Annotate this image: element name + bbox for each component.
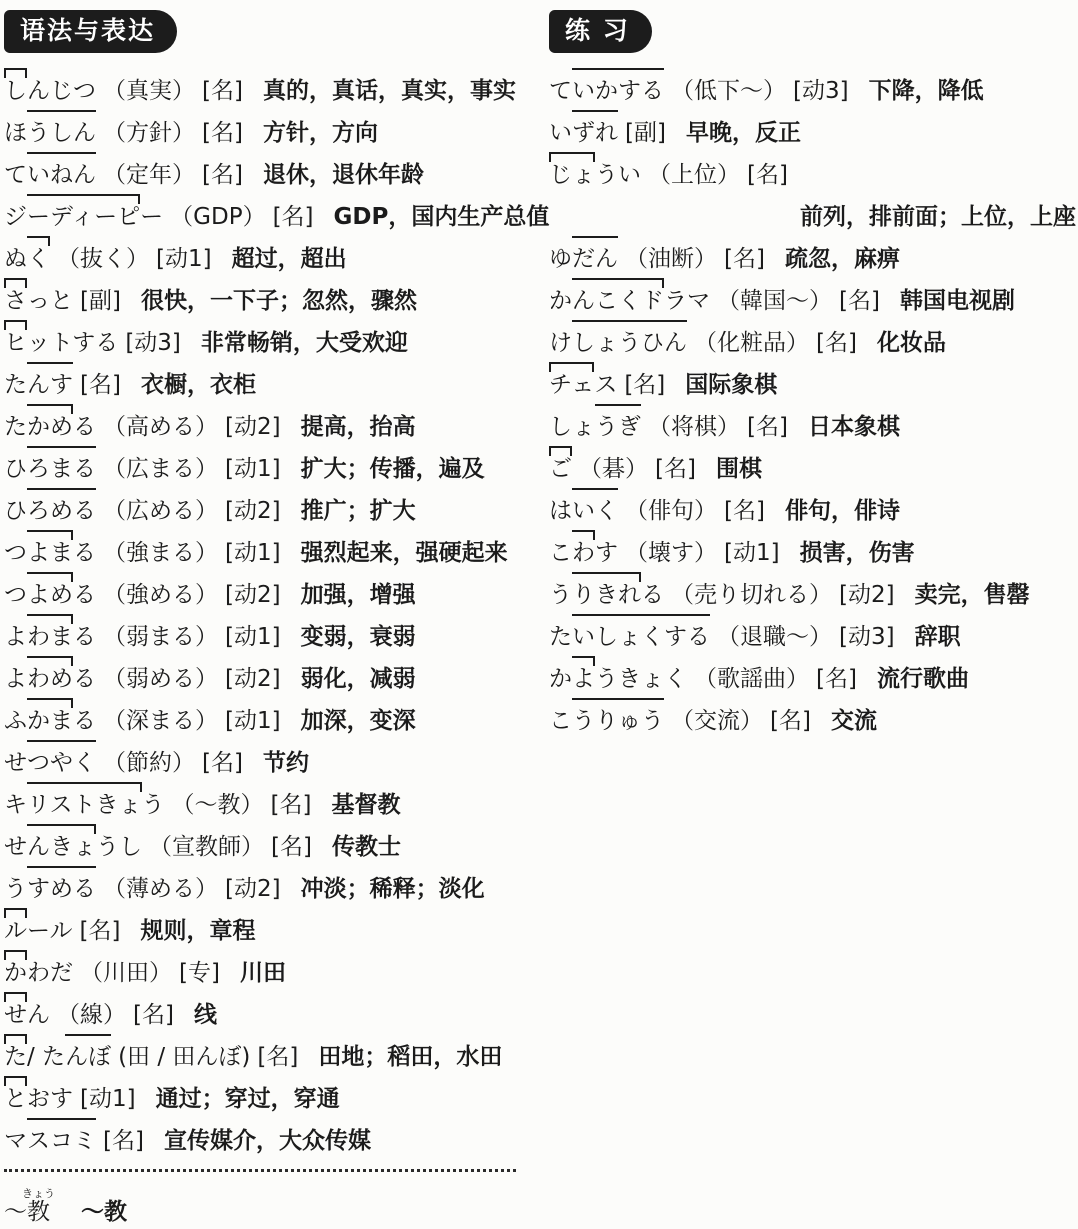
part-of-speech-tag: [动3] <box>839 618 895 651</box>
pitch-accent-segment: よ <box>572 660 595 693</box>
vocab-entry: ルール[名]规则，章程 <box>4 907 544 949</box>
part-of-speech-tag: [名] <box>202 72 243 105</box>
kanji-notation: （化粧品） <box>694 324 809 357</box>
part-of-speech-tag: [名] <box>103 1122 144 1155</box>
kanji-notation: （俳句） <box>625 492 717 525</box>
part-of-speech-tag: [名] <box>202 156 243 189</box>
chinese-translation: 变弱，衰弱 <box>301 618 416 651</box>
chinese-translation: 损害，伤害 <box>800 534 915 567</box>
part-of-speech-tag: [动1] <box>225 450 281 483</box>
vocab-entry: うりきれる（売り切れる）[动2]卖完，售罄 <box>549 571 1078 613</box>
vocab-entry: つよまる（強まる）[动1]强烈起来，强硬起来 <box>4 529 544 571</box>
chinese-translation: 真的，真话，真实，事实 <box>263 72 516 105</box>
chinese-translation: 韩国电视剧 <box>900 282 1015 315</box>
vocab-entry: ゆだん（油断）[名]疏忽，麻痹 <box>549 235 1078 277</box>
pitch-accent-segment: ットする <box>27 324 118 357</box>
kanji-notation: （強まる） <box>103 534 218 567</box>
pitch-accent-segment: うい <box>595 156 641 189</box>
kanji-notation: （〜教） <box>172 786 264 819</box>
part-of-speech-tag: [动3] <box>125 324 181 357</box>
part-of-speech-tag: [名] <box>839 282 880 315</box>
chinese-translation: 卖完，售罄 <box>915 576 1030 609</box>
part-of-speech-tag: [动1] <box>724 534 780 567</box>
chinese-translation: 规则，章程 <box>141 912 256 945</box>
vocab-entry: ぬく（抜く）[动1]超过，超出 <box>4 235 544 277</box>
part-of-speech-tag: [名] <box>271 786 312 819</box>
japanese-word: たかめる <box>4 408 96 441</box>
pitch-accent-segment: さ <box>4 282 27 315</box>
vocab-entry: しょうぎ（将棋）[名]日本象棋 <box>549 403 1078 445</box>
chinese-translation: 川田 <box>240 954 286 987</box>
japanese-word: キリストきょう <box>4 786 165 819</box>
vocab-entry: ふかまる（深まる）[动1]加深，变深 <box>4 697 544 739</box>
pitch-accent-segment: ラマ <box>664 282 710 315</box>
part-of-speech-tag: [动1] <box>225 702 281 735</box>
pitch-accent-segment: つ <box>4 534 27 567</box>
vocab-entry: せつやく（節約）[名]节约 <box>4 739 544 781</box>
vocab-entry: いずれ[副]早晚，反正 <box>549 109 1078 151</box>
japanese-word: ていかする <box>549 72 664 105</box>
pitch-accent-segment: おす <box>27 1080 73 1113</box>
japanese-word: こうりゅう <box>549 702 664 735</box>
vocab-entry: つよめる（強める）[动2]加强，增强 <box>4 571 544 613</box>
pitch-accent-segment: ス <box>594 366 617 399</box>
kanji-notation: （線） <box>57 996 126 1029</box>
japanese-word: はいく <box>549 492 618 525</box>
japanese-word: せんきょうし <box>4 828 142 861</box>
vocab-entry: たんす[名]衣橱，衣柜 <box>4 361 544 403</box>
japanese-word: たいしょくする <box>549 618 710 651</box>
pitch-accent-segment: リストきょ <box>27 786 142 819</box>
part-of-speech-tag: [名] <box>257 1038 298 1071</box>
vocab-entry: さっと[副]很快，一下子；忽然，骤然 <box>4 277 544 319</box>
section-badge-grammar: 语法与表达 <box>4 10 177 53</box>
pitch-accent-segment: わ <box>572 534 595 567</box>
part-of-speech-tag: [名] <box>271 828 312 861</box>
pitch-accent-segment: っと <box>27 282 73 315</box>
part-of-speech-tag: [副] <box>80 282 121 315</box>
pitch-accent-segment: う <box>4 870 27 903</box>
part-of-speech-tag: [名] <box>80 366 121 399</box>
part-of-speech-tag: [专] <box>179 954 220 987</box>
japanese-word: せん <box>4 996 50 1029</box>
pitch-accent-segment: んぼ <box>65 1038 111 1071</box>
pitch-accent-segment: つやく <box>27 744 96 777</box>
part-of-speech-tag: [动3] <box>793 72 849 105</box>
japanese-word: ルール <box>4 912 73 945</box>
japanese-word: ヒットする <box>4 324 118 357</box>
japanese-word: た / たんぼ <box>4 1038 111 1071</box>
pitch-accent-segment: うきょく <box>595 660 687 693</box>
chinese-translation: 衣橱，衣柜 <box>141 366 256 399</box>
japanese-word: かわだ <box>4 954 73 987</box>
chinese-translation: 俳句，俳诗 <box>785 492 900 525</box>
chinese-translation: 辞职 <box>915 618 961 651</box>
vocab-entry: せんきょうし（宣教師）[名]传教士 <box>4 823 544 865</box>
japanese-word: よわめる <box>4 660 96 693</box>
japanese-word: たんす <box>4 366 73 399</box>
pitch-accent-segment: る <box>641 576 664 609</box>
kanji-notation: （方針） <box>103 114 195 147</box>
part-of-speech-tag: [名] <box>202 114 243 147</box>
pitch-accent-segment: ル <box>4 912 27 945</box>
pitch-accent-segment: て <box>4 156 27 189</box>
part-of-speech-tag: [动2] <box>225 492 281 525</box>
japanese-word: ジーディーピー <box>4 198 163 231</box>
japanese-word: つよまる <box>4 534 96 567</box>
pitch-accent-segment: だん <box>572 240 618 273</box>
vocab-entry: よわまる（弱まる）[动1]变弱，衰弱 <box>4 613 544 655</box>
vocab-entry: ひろめる（広める）[动2]推广；扩大 <box>4 487 544 529</box>
grammar-expression-column: 语法与表达 しんじつ（真実）[名]真的，真话，真实，事实ほうしん（方針）[名]方… <box>4 10 544 1229</box>
kanji-notation: （歌謡曲） <box>694 660 809 693</box>
pitch-accent-segment: く <box>27 240 50 273</box>
chinese-translation: 非常畅销，大受欢迎 <box>201 324 408 357</box>
part-of-speech-tag: [动2] <box>225 660 281 693</box>
kanji-notation: （退職〜） <box>717 618 832 651</box>
pitch-accent-segment: ほ <box>4 114 27 147</box>
part-of-speech-tag: [动1] <box>156 240 212 273</box>
vocab-entry: けしょうひん（化粧品）[名]化妆品 <box>549 319 1078 361</box>
pitch-accent-segment: よま <box>27 534 73 567</box>
chinese-translation: 早晚，反正 <box>686 114 801 147</box>
vocab-entry: ジーディーピー（GDP）[名]GDP，国内生产总值 <box>4 193 544 235</box>
kanji-notation: （弱める） <box>103 660 218 693</box>
part-of-speech-tag: [名] <box>624 366 665 399</box>
pitch-accent-segment: わめ <box>27 660 73 693</box>
chinese-translation: 线 <box>194 996 217 1029</box>
pitch-accent-segment: せ <box>4 996 27 1029</box>
chinese-translation: 节约 <box>263 744 309 777</box>
pitch-accent-segment: る <box>73 702 96 735</box>
chinese-translation: 退休，退休年龄 <box>263 156 424 189</box>
pitch-accent-segment: よめ <box>27 576 73 609</box>
vocab-entry: ご（碁）[名]围棋 <box>549 445 1078 487</box>
pitch-accent-segment: ろめる <box>27 492 96 525</box>
pitch-accent-segment: る <box>73 618 96 651</box>
part-of-speech-tag: [名] <box>816 324 857 357</box>
pitch-accent-segment: ひ <box>4 450 27 483</box>
part-of-speech-tag: [名] <box>273 198 314 231</box>
kanji-notation: （節約） <box>103 744 195 777</box>
vocab-entry: ヒットする[动3]非常畅销，大受欢迎 <box>4 319 544 361</box>
vocab-entry: かんこくドラマ（韓国〜）[名]韩国电视剧 <box>549 277 1078 319</box>
pitch-accent-segment: う <box>142 786 165 819</box>
kanji-notation: （広まる） <box>103 450 218 483</box>
part-of-speech-tag: [名] <box>655 450 696 483</box>
kanji-notation: （碁） <box>579 450 648 483</box>
japanese-word: うりきれる <box>549 576 664 609</box>
pitch-accent-segment: りきれ <box>572 576 641 609</box>
japanese-word: しんじつ <box>4 72 96 105</box>
pitch-accent-segment: し <box>4 72 27 105</box>
kanji-notation: （抜く） <box>57 240 149 273</box>
pitch-accent-segment: チェ <box>549 366 594 399</box>
vocab-entry: よわめる（弱める）[动2]弱化，减弱 <box>4 655 544 697</box>
chinese-translation: 冲淡；稀释；淡化 <box>301 870 485 903</box>
chinese-translation: 扩大；传播，遍及 <box>301 450 485 483</box>
vocab-entry: キリストきょう（〜教）[名]基督教 <box>4 781 544 823</box>
pitch-accent-segment: うぎ <box>595 408 641 441</box>
chinese-translation: 传教士 <box>332 828 401 861</box>
pitch-accent-segment: わま <box>27 618 73 651</box>
chinese-translation: 弱化，减弱 <box>301 660 416 693</box>
japanese-word: マスコミ <box>4 1122 96 1155</box>
japanese-word: よわまる <box>4 618 96 651</box>
pitch-accent-segment: んじつ <box>27 72 96 105</box>
pitch-accent-segment: よ <box>4 618 27 651</box>
pitch-accent-segment: か <box>549 282 572 315</box>
part-of-speech-tag: [名] <box>747 408 788 441</box>
pitch-accent-segment: た <box>4 408 27 441</box>
japanese-word: ゆだん <box>549 240 618 273</box>
chinese-translation: 基督教 <box>332 786 401 819</box>
pitch-accent-segment: う <box>549 576 572 609</box>
kanji-notation: （上位） <box>648 156 740 189</box>
pitch-accent-segment: こ <box>549 534 572 567</box>
pitch-accent-segment: うし <box>96 828 142 861</box>
vocab-entry: チェス[名]国际象棋 <box>549 361 1078 403</box>
part-of-speech-tag: [动2] <box>225 576 281 609</box>
kanji-notation: （深まる） <box>103 702 218 735</box>
pitch-accent-segment: いねん <box>27 156 96 189</box>
kanji-notation: （宣教師） <box>149 828 264 861</box>
pitch-accent-segment: うしん <box>27 114 96 147</box>
part-of-speech-tag: [名] <box>202 744 243 777</box>
pitch-accent-segment: じょ <box>549 156 595 189</box>
kanji-notation: （強める） <box>103 576 218 609</box>
japanese-word: ていねん <box>4 156 96 189</box>
pitch-accent-segment: た <box>549 618 572 651</box>
kanji-notation: （将棋） <box>648 408 740 441</box>
chinese-translation: GDP，国内生产总值 <box>334 198 550 231</box>
japanese-word: とおす <box>4 1080 73 1113</box>
japanese-word: ほうしん <box>4 114 96 147</box>
kanji-with-furigana: 教きょう <box>27 1199 55 1225</box>
footnote-kanji: 教 <box>22 1199 55 1225</box>
pitch-accent-segment: わだ <box>27 954 73 987</box>
pitch-accent-segment: ジ <box>4 198 27 231</box>
pitch-accent-segment: ー <box>140 198 163 231</box>
japanese-word: じょうい <box>549 156 641 189</box>
chinese-translation: 提高，抬高 <box>301 408 416 441</box>
vocab-entry: せん（線）[名]线 <box>4 991 544 1033</box>
pitch-accent-segment: せ <box>4 744 27 777</box>
part-of-speech-tag: [动2] <box>839 576 895 609</box>
pitch-accent-segment: ーディーピ <box>27 198 140 231</box>
pitch-accent-segment: か <box>549 660 572 693</box>
textbook-page: 语法与表达 しんじつ（真実）[名]真的，真话，真实，事实ほうしん（方針）[名]方… <box>0 0 1078 1229</box>
vocab-entry-continuation: 前列，排前面；上位，上座 <box>549 193 1078 235</box>
pitch-accent-segment: る <box>73 660 96 693</box>
vocab-entry: たいしょくする（退職〜）[动3]辞职 <box>549 613 1078 655</box>
pitch-accent-segment: た <box>4 366 27 399</box>
pitch-accent-segment: うりゅう <box>572 702 664 735</box>
chinese-translation: 围棋 <box>716 450 762 483</box>
pitch-accent-segment: ん <box>27 996 50 1029</box>
pitch-accent-segment: ろまる <box>27 450 96 483</box>
vocab-entry: ひろまる（広まる）[动1]扩大；传播，遍及 <box>4 445 544 487</box>
footnote: 〜教きょう 〜教 <box>4 1174 544 1229</box>
pitch-accent-segment: キ <box>4 786 27 819</box>
vocab-entry: た / たんぼ(田 / 田んぼ)[名]田地；稻田，水田 <box>4 1033 544 1075</box>
pitch-accent-segment: い <box>549 114 572 147</box>
chinese-translation: 推广；扩大 <box>301 492 416 525</box>
kanji-notation: （GDP） <box>170 198 265 231</box>
kanji-notation: （売り切れる） <box>671 576 832 609</box>
vocab-entry: こわす（壊す）[动1]损害，伤害 <box>549 529 1078 571</box>
chinese-translation: 强烈起来，强硬起来 <box>301 534 508 567</box>
kanji-notation: （高める） <box>103 408 218 441</box>
pitch-accent-segment: いしょくする <box>572 618 710 651</box>
pitch-accent-segment: かめ <box>27 408 73 441</box>
vocab-entry: かようきょく（歌謡曲）[名]流行歌曲 <box>549 655 1078 697</box>
pitch-accent-segment: け <box>549 324 572 357</box>
pitch-accent-segment: ずれ <box>572 114 618 147</box>
part-of-speech-tag: [动2] <box>225 870 281 903</box>
pitch-accent-segment: こ <box>549 702 572 735</box>
pitch-accent-segment: ふ <box>4 702 27 735</box>
pitch-accent-segment: しょ <box>549 408 595 441</box>
chinese-translation: 流行歌曲 <box>877 660 969 693</box>
pitch-accent-segment: すめる <box>27 870 96 903</box>
vocab-entry: こうりゅう（交流）[名]交流 <box>549 697 1078 739</box>
japanese-word: つよめる <box>4 576 96 609</box>
part-of-speech-tag: [动1] <box>225 618 281 651</box>
vocab-entry: しんじつ（真実）[名]真的，真话，真实，事实 <box>4 67 544 109</box>
japanese-word: チェス <box>549 366 617 399</box>
chinese-translation: 交流 <box>831 702 877 735</box>
kanji-notation: （真実） <box>103 72 195 105</box>
part-of-speech-tag: [名] <box>747 156 788 189</box>
pitch-accent-segment: ール <box>27 912 73 945</box>
pitch-accent-segment: ぬ <box>4 240 27 273</box>
pitch-accent-segment: いく <box>572 492 618 525</box>
pitch-accent-segment: いかする <box>572 72 664 105</box>
pitch-accent-segment: る <box>73 576 96 609</box>
part-of-speech-tag: [副] <box>625 114 666 147</box>
japanese-word: ご <box>549 450 572 483</box>
pitch-accent-segment: かま <box>27 702 73 735</box>
practice-column: 练 习 ていかする（低下〜）[动3]下降，降低いずれ[副]早晚，反正じょうい（上… <box>544 10 1078 1229</box>
kanji-notation: (田 / 田んぼ) <box>118 1038 250 1071</box>
chinese-translation: 宣传媒介，大众传媒 <box>164 1122 371 1155</box>
vocab-entry: とおす[动1]通过；穿过，穿通 <box>4 1075 544 1117</box>
pitch-accent-segment: んす <box>27 366 73 399</box>
pitch-accent-segment: スコミ <box>27 1122 96 1155</box>
chinese-translation: 田地；稻田，水田 <box>318 1038 502 1071</box>
kanji-notation: （壊す） <box>625 534 717 567</box>
part-of-speech-tag: [名] <box>80 912 121 945</box>
pitch-accent-segment: た <box>4 1038 27 1071</box>
vocab-entry: じょうい（上位）[名] <box>549 151 1078 193</box>
part-of-speech-tag: [名] <box>816 660 857 693</box>
japanese-word: けしょうひん <box>549 324 687 357</box>
japanese-word: かようきょく <box>549 660 687 693</box>
chinese-translation: 很快，一下子；忽然，骤然 <box>141 282 417 315</box>
pitch-accent-segment: ひ <box>4 492 27 525</box>
part-of-speech-tag: [动2] <box>225 408 281 441</box>
footnote-word: 〜教きょう <box>4 1187 55 1226</box>
section-badge-practice: 练 习 <box>549 10 652 53</box>
chinese-translation: 国际象棋 <box>685 366 777 399</box>
pitch-accent-segment: て <box>549 72 572 105</box>
chinese-translation: 日本象棋 <box>808 408 900 441</box>
pitch-accent-segment: ご <box>549 450 572 483</box>
chinese-translation: 化妆品 <box>877 324 946 357</box>
part-of-speech-tag: [名] <box>724 240 765 273</box>
part-of-speech-tag: [动1] <box>225 534 281 567</box>
pitch-accent-segment: る <box>73 534 96 567</box>
pitch-accent-segment: / た <box>27 1038 65 1071</box>
pitch-accent-segment: つ <box>4 576 27 609</box>
vocab-entry: かわだ（川田）[专]川田 <box>4 949 544 991</box>
chinese-translation: 超过，超出 <box>232 240 347 273</box>
pitch-accent-segment: る <box>73 408 96 441</box>
pitch-accent-segment: ヒ <box>4 324 27 357</box>
vocab-entry: ほうしん（方針）[名]方针，方向 <box>4 109 544 151</box>
pitch-accent-segment: んこくド <box>572 282 664 315</box>
vocab-entry: はいく（俳句）[名]俳句，俳诗 <box>549 487 1078 529</box>
pitch-accent-segment: と <box>4 1080 27 1113</box>
vocab-entry: たかめる（高める）[动2]提高，抬高 <box>4 403 544 445</box>
pitch-accent-segment: しょうひん <box>572 324 687 357</box>
japanese-word: いずれ <box>549 114 618 147</box>
dotted-separator <box>4 1169 516 1172</box>
japanese-word: ひろまる <box>4 450 96 483</box>
pitch-accent-segment: んきょ <box>27 828 96 861</box>
chinese-translation: 通过；穿过，穿通 <box>156 1080 340 1113</box>
pitch-accent-segment: は <box>549 492 572 525</box>
chinese-translation: 下降，降低 <box>869 72 984 105</box>
japanese-word: こわす <box>549 534 618 567</box>
part-of-speech-tag: [名] <box>770 702 811 735</box>
vocab-entry: うすめる（薄める）[动2]冲淡；稀释；淡化 <box>4 865 544 907</box>
vocab-entry: マスコミ[名]宣传媒介，大众传媒 <box>4 1117 544 1159</box>
chinese-translation: 方针，方向 <box>263 114 378 147</box>
chinese-translation: 前列，排前面；上位，上座 <box>800 198 1076 231</box>
japanese-word: ふかまる <box>4 702 96 735</box>
chinese-translation: 疏忽，麻痹 <box>785 240 900 273</box>
kanji-notation: （低下〜） <box>671 72 786 105</box>
japanese-word: せつやく <box>4 744 96 777</box>
kanji-notation: （広める） <box>103 492 218 525</box>
part-of-speech-tag: [动1] <box>80 1080 136 1113</box>
pitch-accent-segment: す <box>595 534 618 567</box>
kanji-notation: （弱まる） <box>103 618 218 651</box>
kanji-notation: （油断） <box>625 240 717 273</box>
kanji-notation: （交流） <box>671 702 763 735</box>
kanji-notation: （定年） <box>103 156 195 189</box>
kanji-notation: （川田） <box>80 954 172 987</box>
vocab-entry: ていねん（定年）[名]退休，退休年龄 <box>4 151 544 193</box>
vocab-list-right: ていかする（低下〜）[动3]下降，降低いずれ[副]早晚，反正じょうい（上位）[名… <box>549 67 1078 739</box>
footnote-furigana: きょう <box>22 1187 55 1200</box>
pitch-accent-segment: ゆ <box>549 240 572 273</box>
japanese-word: しょうぎ <box>549 408 641 441</box>
kanji-notation: （薄める） <box>103 870 218 903</box>
part-of-speech-tag: [名] <box>724 492 765 525</box>
vocab-list-left: しんじつ（真実）[名]真的，真话，真实，事实ほうしん（方針）[名]方针，方向てい… <box>4 67 544 1159</box>
pitch-accent-segment: よ <box>4 660 27 693</box>
japanese-word: さっと <box>4 282 73 315</box>
footnote-meaning: 〜教 <box>81 1193 127 1226</box>
chinese-translation: 加强，增强 <box>301 576 416 609</box>
japanese-word: ぬく <box>4 240 50 273</box>
pitch-accent-segment: マ <box>4 1122 27 1155</box>
pitch-accent-segment: か <box>4 954 27 987</box>
part-of-speech-tag: [名] <box>133 996 174 1029</box>
